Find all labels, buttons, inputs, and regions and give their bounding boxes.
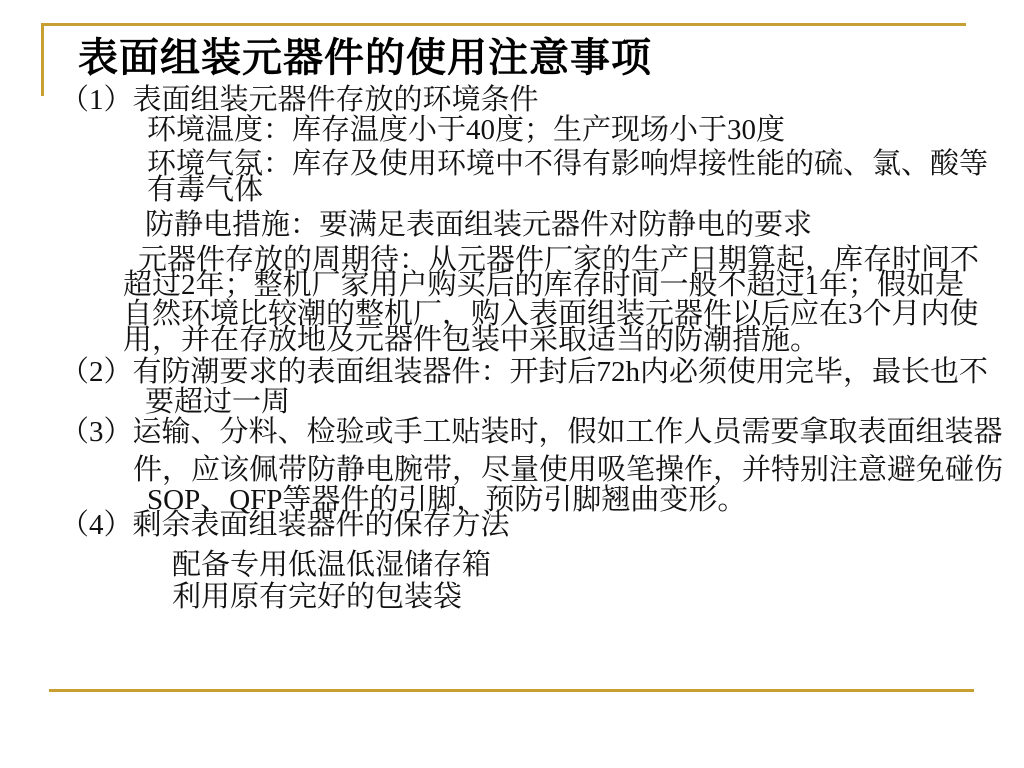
slide-title: 表面组装元器件的使用注意事项	[78, 36, 652, 80]
body-line-env-temp: 环境温度：库存温度小于40度；生产现场小于30度	[147, 115, 785, 147]
body-line-item3: （3）运输、分料、检验或手工贴装时，假如工作人员需要拿取表面组装器	[60, 417, 1003, 449]
left-accent-line	[41, 23, 44, 96]
body-line-env-gas: 环境气氛：库存及使用环境中不得有影响焊接性能的硫、氯、酸等	[147, 149, 988, 181]
body-line-item3-wrap1: 件，应该佩带防静电腕带，尽量使用吸笔操作，并特别注意避免碰伤	[133, 455, 1003, 487]
bottom-rule-line	[49, 689, 974, 692]
body-line-item1: （1）表面组装元器件存放的环境条件	[60, 85, 539, 117]
body-line-item2-wrap: 要超过一周	[145, 387, 290, 419]
body-line-item4: （4）剩余表面组装器件的保存方法	[60, 510, 510, 542]
top-rule-line	[41, 23, 966, 26]
body-line-packaging-bag: 利用原有完好的包装袋	[172, 582, 462, 614]
body-line-antistatic: 防静电措施：要满足表面组装元器件对防静电的要求	[145, 210, 812, 242]
body-line-env-gas-wrap: 有毒气体	[147, 175, 263, 207]
body-line-item2: （2）有防潮要求的表面组装器件：开封后72h内必须使用完毕，最长也不	[60, 357, 988, 389]
body-line-storage-box: 配备专用低温低湿储存箱	[172, 550, 491, 582]
slide-canvas: 表面组装元器件的使用注意事项 （1）表面组装元器件存放的环境条件 环境温度：库存…	[0, 0, 1024, 768]
body-line-storage-wrap3: 用，并在存放地及元器件包装中采取适当的防潮措施。	[123, 325, 819, 357]
